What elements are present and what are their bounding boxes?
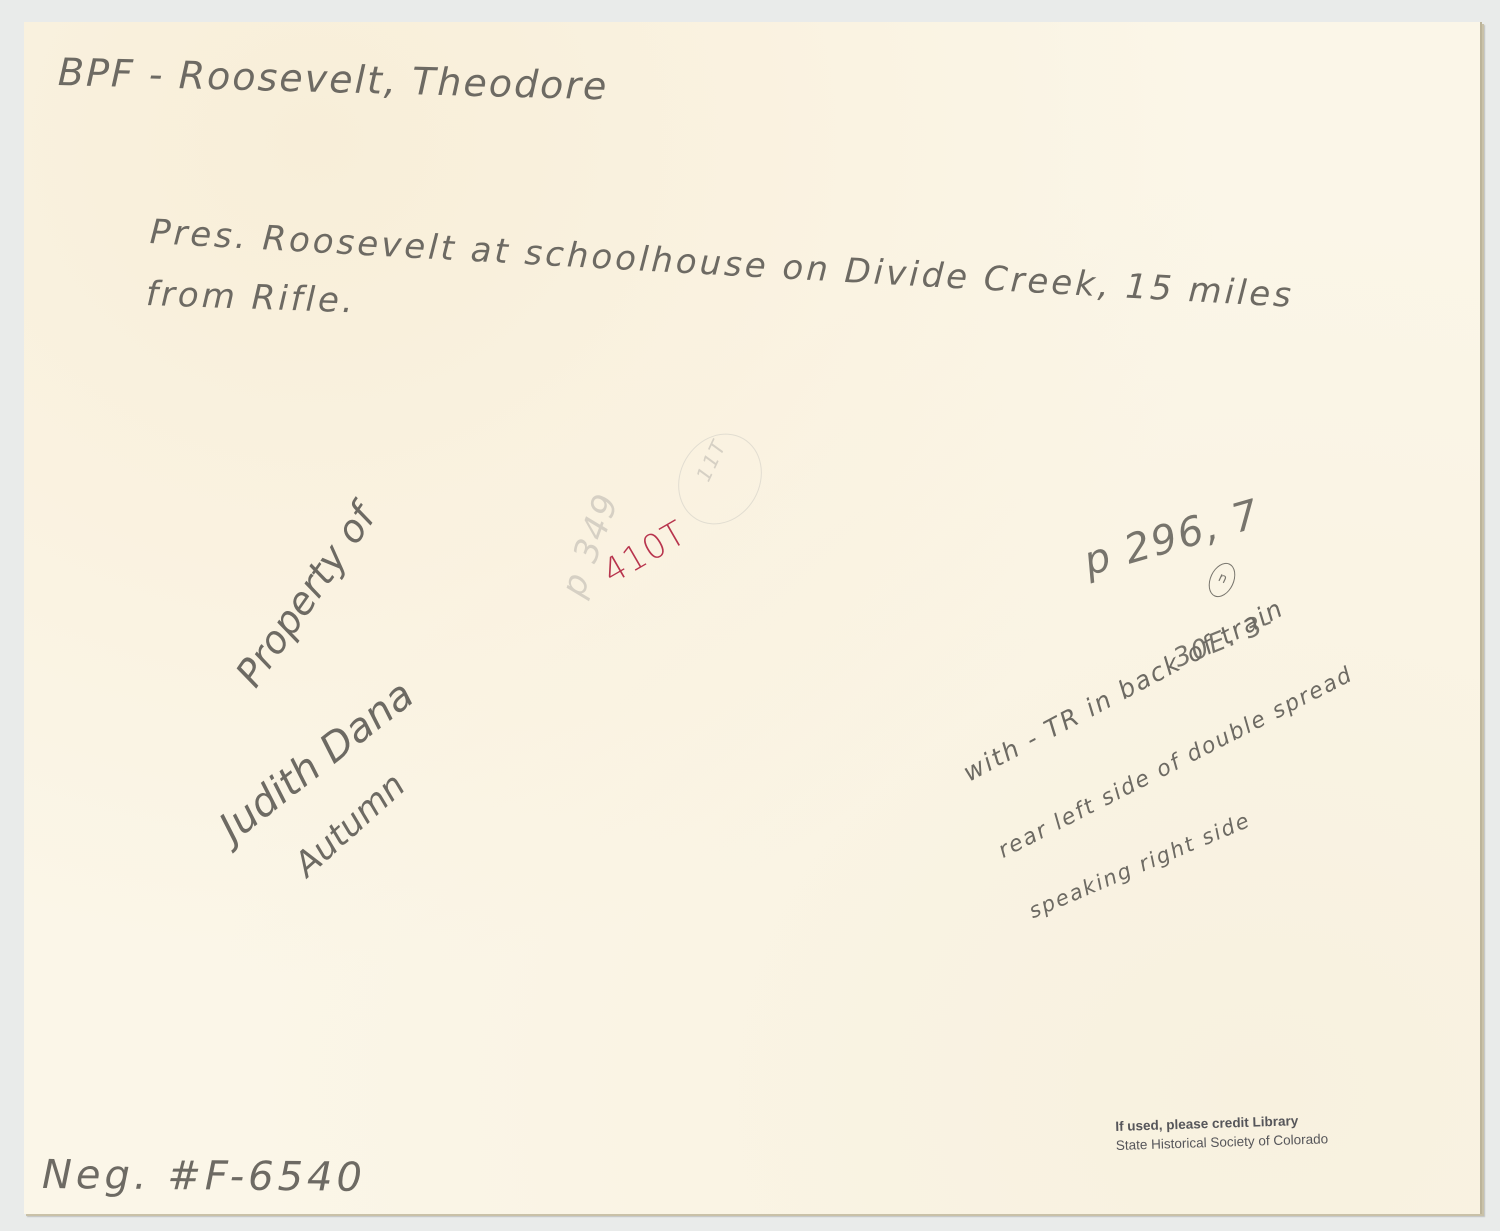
negative-number: Neg. #F-6540: [42, 1152, 366, 1201]
caption-line-2: from Rifle.: [145, 274, 356, 321]
credit-stamp: If used, please credit Library State His…: [1115, 1110, 1328, 1155]
